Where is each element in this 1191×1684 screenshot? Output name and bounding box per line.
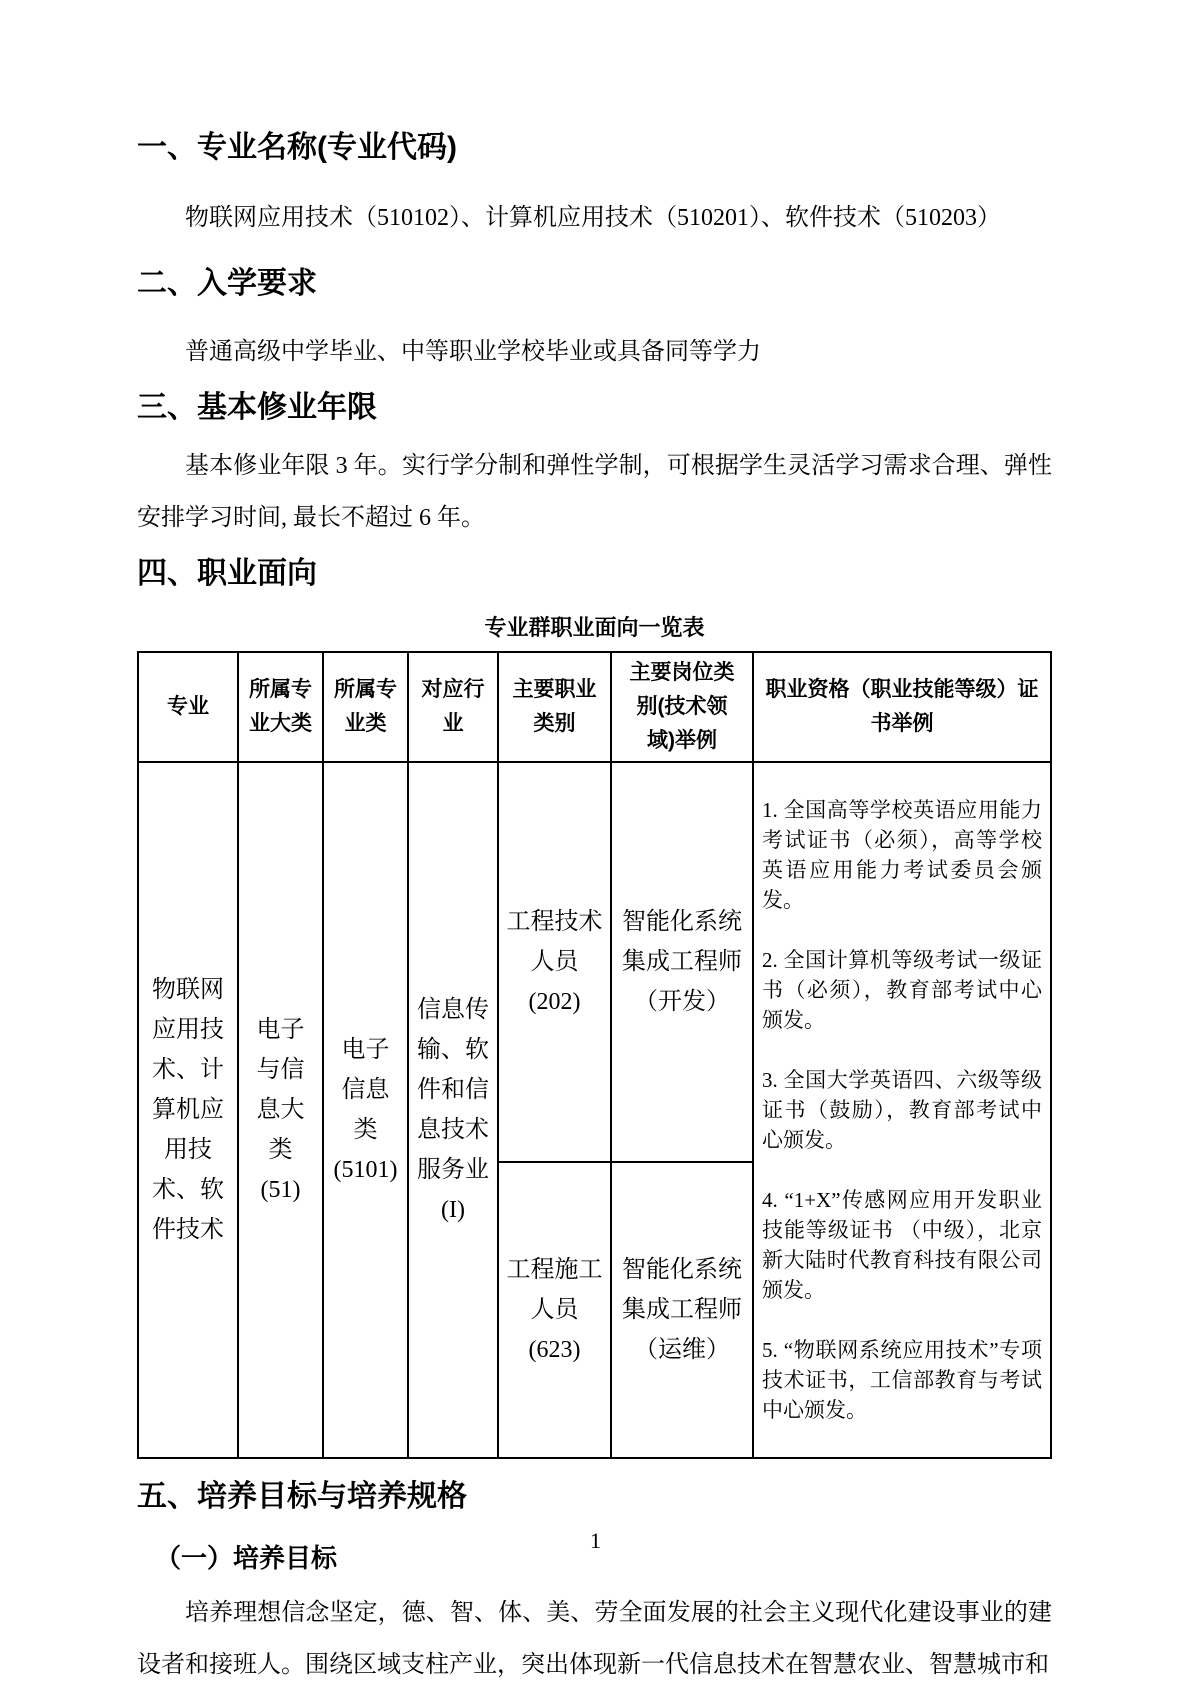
cell-occupation-1: 工程技术人员 (202) — [498, 762, 611, 1162]
section-5-paragraph: 培养理想信念坚定，德、智、体、美、劳全面发展的社会主义现代化建设事业的建设者和接… — [137, 1587, 1052, 1684]
certificate-item-1: 1. 全国高等学校英语应用能力考试证书（必须），高等学校英语应用能力考试委员会颁… — [762, 795, 1042, 915]
table-body-row-1: 物联网应用技术、计算机应用技术、软件技术 电子与信息大 类 (51) 电子信息类… — [138, 762, 1051, 1162]
cell-position-1: 智能化系统 集成工程师 （开发） — [611, 762, 753, 1162]
header-position: 主要岗位类 别(技术领 域)举例 — [611, 652, 753, 762]
section-2-paragraph: 普通高级中学毕业、中等职业学校毕业或具备同等学力 — [137, 326, 1052, 378]
certificate-item-2: 2. 全国计算机等级考试一级证书（必须），教育部考试中心颁发。 — [762, 945, 1042, 1035]
section-2-heading: 二、入学要求 — [137, 266, 1052, 302]
certificate-item-3: 3. 全国大学英语四、六级等级证书（鼓励），教育部考试中心颁发。 — [762, 1065, 1042, 1155]
table-header-row: 专业 所属专业大类 所属专业类 对应行业 主要职业类别 主要岗位类 别(技术领 … — [138, 652, 1051, 762]
section-1-heading: 一、专业名称(专业代码) — [137, 130, 1052, 166]
cell-certificates: 1. 全国高等学校英语应用能力考试证书（必须），高等学校英语应用能力考试委员会颁… — [753, 762, 1051, 1458]
career-orientation-table: 专业 所属专业大类 所属专业类 对应行业 主要职业类别 主要岗位类 别(技术领 … — [137, 651, 1052, 1459]
header-occupation: 主要职业类别 — [498, 652, 611, 762]
header-major: 专业 — [138, 652, 238, 762]
section-3-heading: 三、基本修业年限 — [137, 390, 1052, 426]
cell-majors: 物联网应用技术、计算机应用技术、软件技术 — [138, 762, 238, 1458]
section-3-paragraph: 基本修业年限 3 年。实行学分制和弹性学制，可根据学生灵活学习需求合理、弹性安排… — [137, 440, 1052, 544]
certificate-item-5: 5. “物联网系统应用技术”专项技术证书，工信部教育与考试中心颁发。 — [762, 1335, 1042, 1425]
page-number: 1 — [0, 1526, 1191, 1556]
section-1-paragraph: 物联网应用技术（510102）、计算机应用技术（510201）、软件技术（510… — [137, 192, 1052, 244]
header-major-category: 所属专业大类 — [238, 652, 323, 762]
section-5-heading: 五、培养目标与培养规格 — [137, 1479, 1052, 1515]
header-certificates: 职业资格（职业技能等级）证书举例 — [753, 652, 1051, 762]
section-4-heading: 四、职业面向 — [137, 556, 1052, 592]
cell-occupation-2: 工程施工人员 (623) — [498, 1162, 611, 1458]
cell-industry: 信息传输、软件和信息技术服务业 (I) — [408, 762, 498, 1458]
table-caption: 专业群职业面向一览表 — [137, 614, 1052, 642]
certificate-item-4: 4. “1+X”传感网应用开发职业技能等级证书 （中级），北京新大陆时代教育科技… — [762, 1185, 1042, 1305]
header-industry: 对应行业 — [408, 652, 498, 762]
document-page: 一、专业名称(专业代码) 物联网应用技术（510102）、计算机应用技术（510… — [0, 0, 1191, 1684]
cell-major-category: 电子与信息大 类 (51) — [238, 762, 323, 1458]
header-major-class: 所属专业类 — [323, 652, 408, 762]
cell-position-2: 智能化系统 集成工程师 （运维） — [611, 1162, 753, 1458]
cell-major-class: 电子信息类 (5101) — [323, 762, 408, 1458]
